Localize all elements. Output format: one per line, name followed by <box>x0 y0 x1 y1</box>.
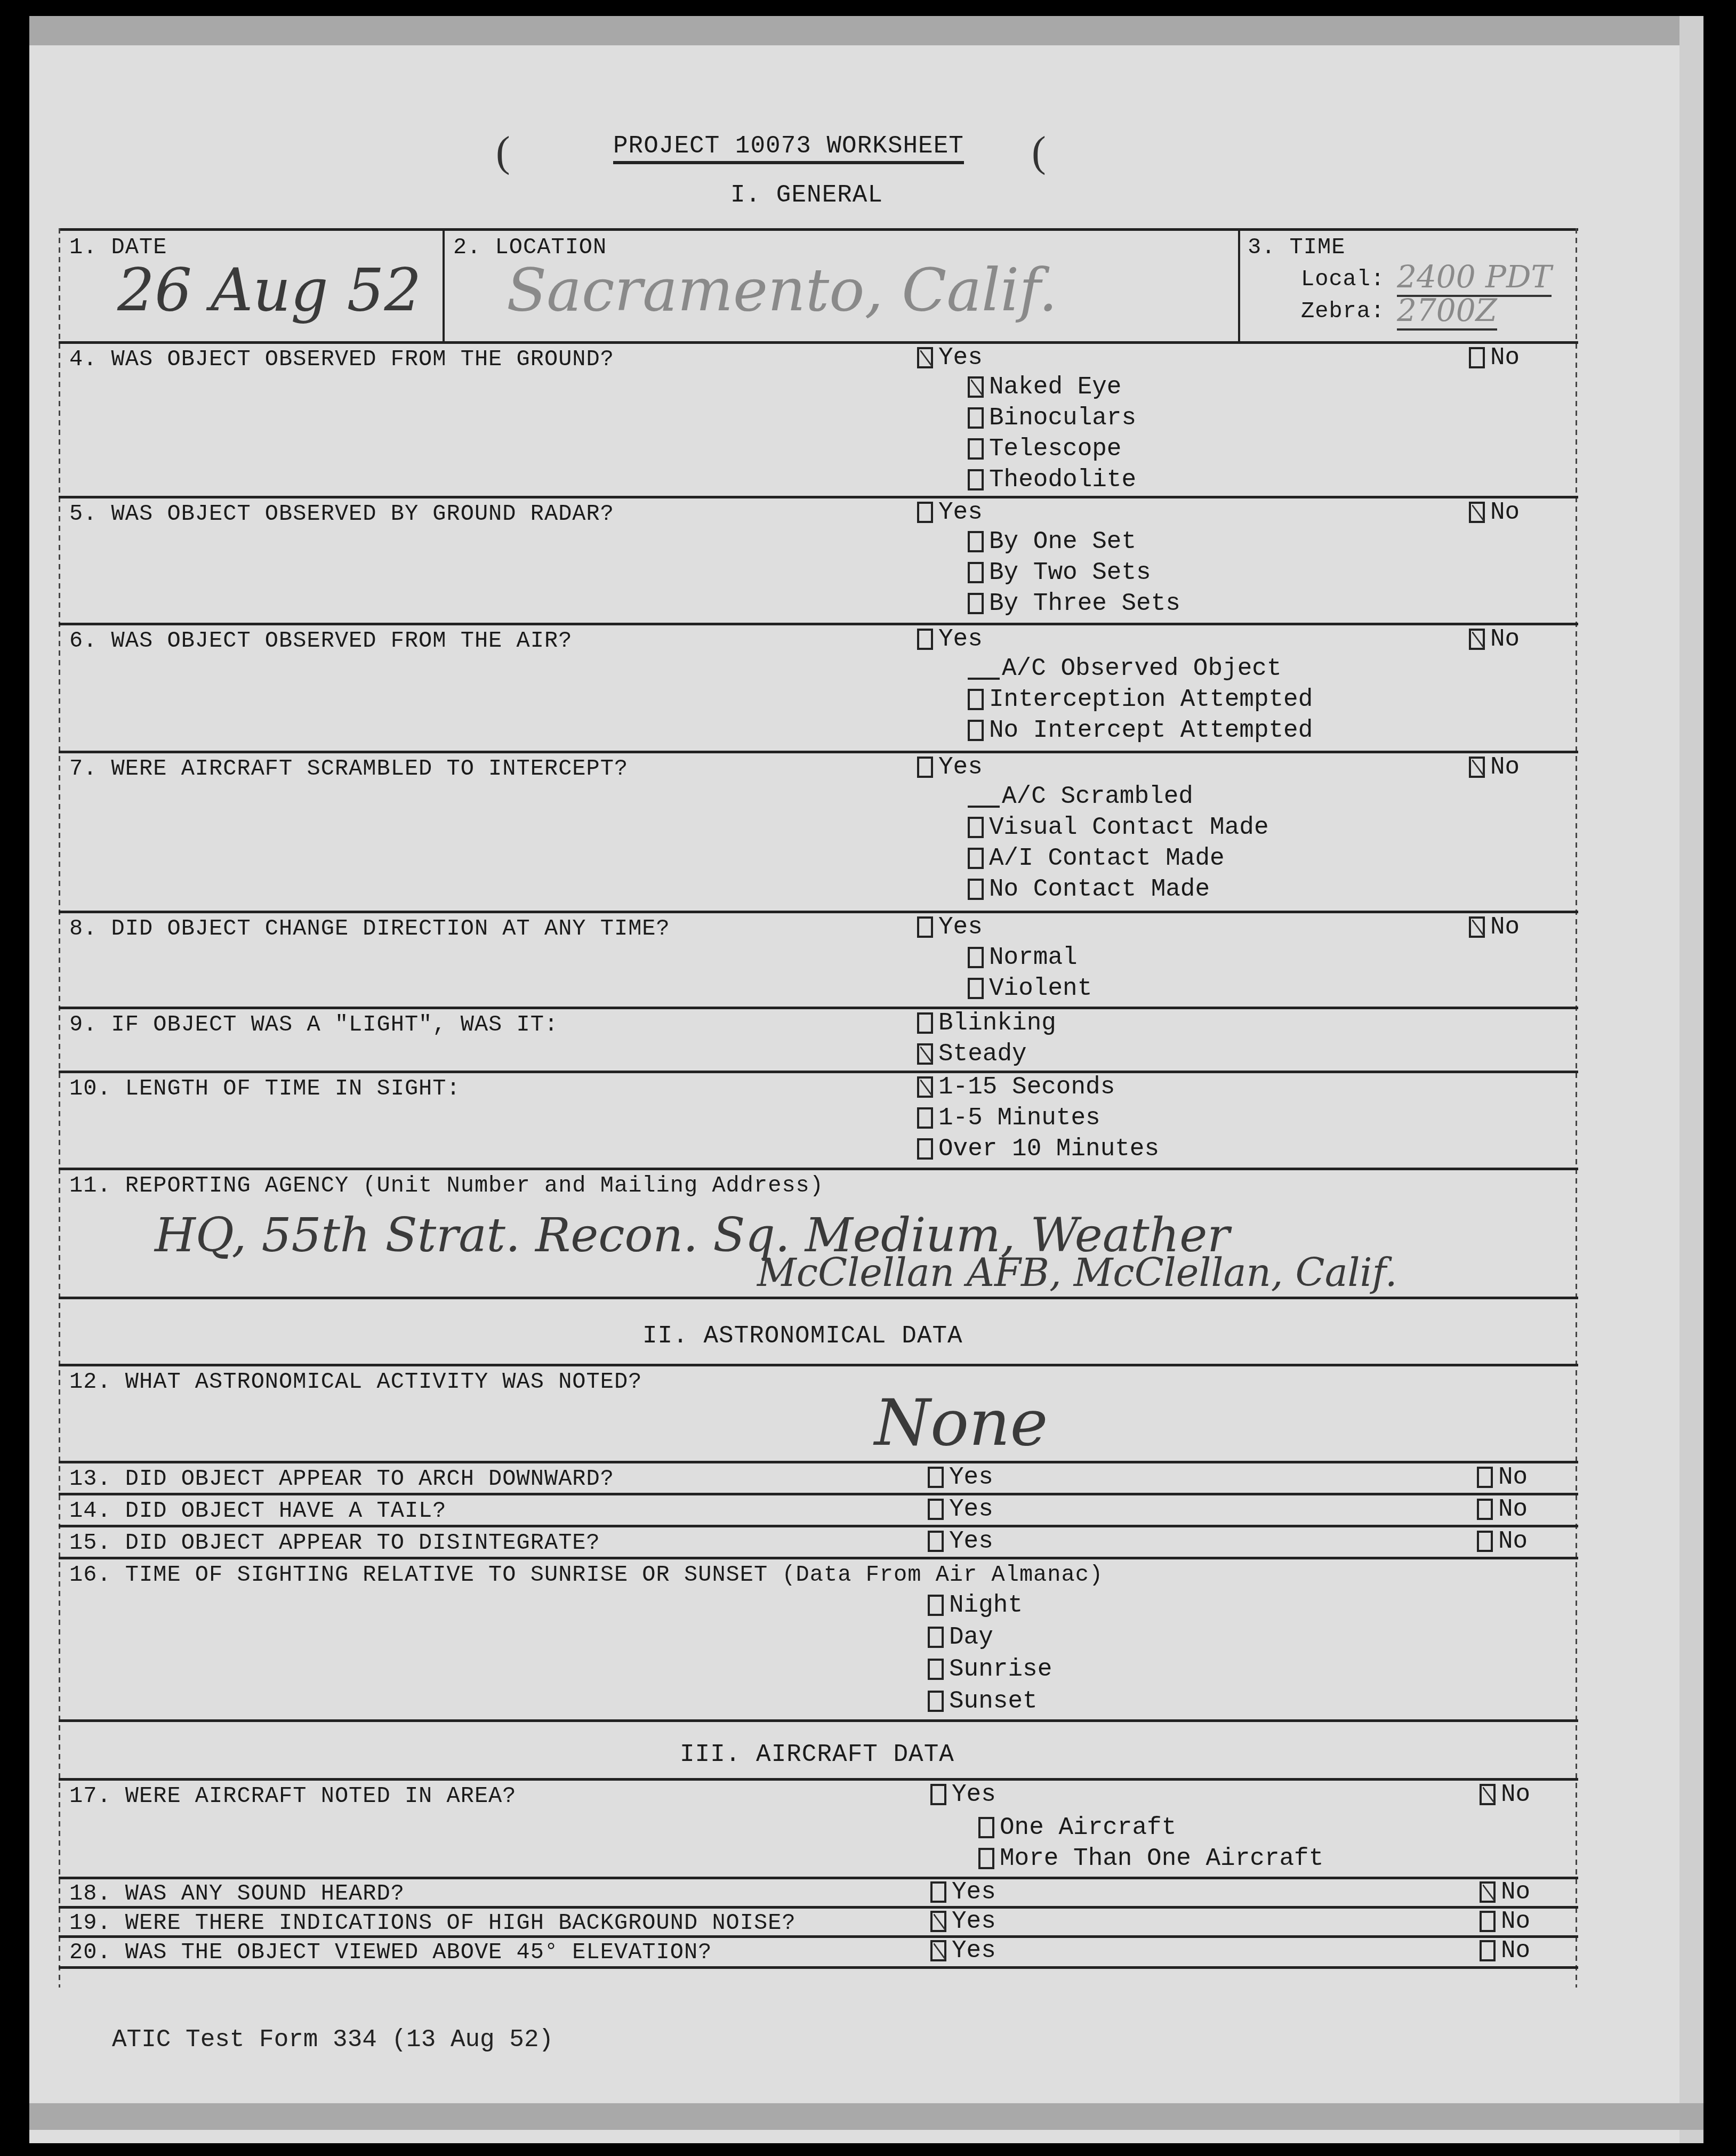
time-local-label: Local: <box>1301 267 1385 292</box>
q13-no-option[interactable]: No <box>1477 1463 1528 1491</box>
q10-seconds-label: 1-15 Seconds <box>938 1073 1115 1101</box>
q4-telescope-checkbox[interactable] <box>968 438 984 460</box>
q17-more-aircraft-option[interactable]: More Than One Aircraft <box>978 1845 1323 1872</box>
q6-yes-checkbox[interactable] <box>917 629 933 650</box>
q5-no-option[interactable]: No <box>1469 498 1520 526</box>
q8-violent-checkbox[interactable] <box>968 978 984 999</box>
q9-blinking-label: Blinking <box>938 1009 1056 1037</box>
q6-no-label: No <box>1490 625 1520 653</box>
q9-label: 9. IF OBJECT WAS A "LIGHT", WAS IT: <box>69 1012 558 1037</box>
q20-yes-checkbox[interactable] <box>930 1940 946 1961</box>
divider <box>59 1461 1578 1463</box>
q8-normal-checkbox[interactable] <box>968 947 984 968</box>
q5-three-sets-checkbox[interactable] <box>968 593 984 614</box>
q13-no-checkbox[interactable] <box>1477 1467 1493 1488</box>
q5-one-set-option[interactable]: By One Set <box>968 528 1136 556</box>
q9-blinking-checkbox[interactable] <box>917 1012 933 1034</box>
q17-yes-option[interactable]: Yes <box>930 1781 996 1808</box>
q14-yes-label: Yes <box>949 1495 993 1523</box>
q7-label: 7. WERE AIRCRAFT SCRAMBLED TO INTERCEPT? <box>69 756 628 782</box>
divider <box>59 1906 1578 1909</box>
q20-label: 20. WAS THE OBJECT VIEWED ABOVE 45° ELEV… <box>69 1940 712 1965</box>
q4-telescope-label: Telescope <box>989 435 1121 463</box>
q16-sunset-checkbox[interactable] <box>928 1691 944 1712</box>
divider <box>59 1364 1578 1366</box>
q15-no-label: No <box>1498 1527 1528 1555</box>
q17-no-option[interactable]: No <box>1480 1781 1530 1808</box>
time-label: 3. TIME <box>1248 235 1345 260</box>
divider <box>443 228 445 343</box>
time-zebra-label: Zebra: <box>1301 299 1385 324</box>
q6-no-intercept-label: No Intercept Attempted <box>989 717 1313 744</box>
q16-night-checkbox[interactable] <box>928 1595 944 1616</box>
q18-no-checkbox[interactable] <box>1480 1881 1496 1903</box>
q19-no-checkbox[interactable] <box>1480 1911 1496 1932</box>
q20-no-option[interactable]: No <box>1480 1937 1530 1965</box>
punch-hole-mark-left: ( <box>496 128 510 176</box>
q7-ai-contact-checkbox[interactable] <box>968 848 984 869</box>
q8-violent-option[interactable]: Violent <box>968 975 1092 1002</box>
q15-yes-label: Yes <box>949 1527 993 1555</box>
q19-no-label: No <box>1501 1908 1530 1935</box>
q8-yes-checkbox[interactable] <box>917 916 933 938</box>
q7-ac-scrambled-label: A/C Scrambled <box>1002 783 1193 810</box>
q6-yes-option[interactable]: Yes <box>917 625 983 653</box>
q6-no-checkbox[interactable] <box>1469 629 1485 650</box>
q4-theodolite-checkbox[interactable] <box>968 469 984 490</box>
location-value[interactable]: Sacramento, Calif. <box>507 256 1057 324</box>
divider <box>59 1525 1578 1527</box>
q8-violent-label: Violent <box>989 975 1092 1002</box>
divider <box>59 1877 1578 1879</box>
section-general-heading: I. GENERAL <box>730 181 883 209</box>
q7-yes-checkbox[interactable] <box>917 757 933 778</box>
q4-theodolite-option[interactable]: Theodolite <box>968 466 1136 494</box>
q5-no-label: No <box>1490 498 1520 526</box>
q13-yes-label: Yes <box>949 1463 993 1491</box>
q5-yes-option[interactable]: Yes <box>917 498 983 526</box>
form-footer: ATIC Test Form 334 (13 Aug 52) <box>112 2026 553 2054</box>
q4-naked-eye-option[interactable]: Naked Eye <box>968 373 1121 401</box>
q20-yes-label: Yes <box>952 1937 996 1965</box>
q16-sunset-option[interactable]: Sunset <box>928 1687 1038 1715</box>
q5-yes-label: Yes <box>938 498 983 526</box>
worksheet-form: ( PROJECT 10073 WORKSHEET ( I. GENERAL 1… <box>0 0 1736 2156</box>
q7-no-contact-label: No Contact Made <box>989 875 1210 903</box>
q10-label: 10. LENGTH OF TIME IN SIGHT: <box>69 1076 461 1101</box>
q6-interception-option[interactable]: Interception Attempted <box>968 686 1313 713</box>
divider <box>59 341 1578 344</box>
q14-yes-option[interactable]: Yes <box>928 1495 993 1523</box>
q10-over-option[interactable]: Over 10 Minutes <box>917 1135 1159 1163</box>
q14-no-option[interactable]: No <box>1477 1495 1528 1523</box>
divider <box>1238 228 1240 343</box>
q7-yes-option[interactable]: Yes <box>917 753 983 781</box>
q5-yes-checkbox[interactable] <box>917 502 933 523</box>
q4-label: 4. WAS OBJECT OBSERVED FROM THE GROUND? <box>69 347 614 372</box>
q5-two-sets-checkbox[interactable] <box>968 562 984 583</box>
divider <box>59 1168 1578 1170</box>
q13-yes-checkbox[interactable] <box>928 1467 944 1488</box>
time-zebra-value[interactable]: 2700Z <box>1397 292 1497 331</box>
q14-no-checkbox[interactable] <box>1477 1499 1493 1520</box>
q8-yes-label: Yes <box>938 913 983 941</box>
q4-telescope-option[interactable]: Telescope <box>968 435 1121 463</box>
q13-yes-option[interactable]: Yes <box>928 1463 993 1491</box>
q8-no-option[interactable]: No <box>1469 913 1520 941</box>
q17-no-checkbox[interactable] <box>1480 1784 1496 1805</box>
divider <box>59 911 1578 913</box>
q13-label: 13. DID OBJECT APPEAR TO ARCH DOWNWARD? <box>69 1466 614 1492</box>
q19-label: 19. WERE THERE INDICATIONS OF HIGH BACKG… <box>69 1910 796 1936</box>
q7-yes-label: Yes <box>938 753 983 781</box>
divider <box>59 1557 1578 1559</box>
q10-seconds-option[interactable]: 1-15 Seconds <box>917 1073 1115 1101</box>
q16-night-option[interactable]: Night <box>928 1591 1023 1619</box>
q18-yes-checkbox[interactable] <box>930 1881 946 1903</box>
q15-yes-option[interactable]: Yes <box>928 1527 993 1555</box>
q17-label: 17. WERE AIRCRAFT NOTED IN AREA? <box>69 1783 517 1809</box>
q16-sunrise-checkbox[interactable] <box>928 1659 944 1680</box>
q15-no-checkbox[interactable] <box>1477 1531 1493 1552</box>
q15-label: 15. DID OBJECT APPEAR TO DISINTEGRATE? <box>69 1530 600 1556</box>
divider <box>59 228 1578 231</box>
q5-three-sets-label: By Three Sets <box>989 590 1180 617</box>
q10-minutes-option[interactable]: 1-5 Minutes <box>917 1104 1100 1132</box>
q16-day-label: Day <box>949 1623 993 1651</box>
q17-yes-checkbox[interactable] <box>930 1784 946 1805</box>
q17-no-label: No <box>1501 1781 1530 1808</box>
section-aircraft-heading: III. AIRCRAFT DATA <box>680 1741 954 1768</box>
q6-interception-label: Interception Attempted <box>989 686 1313 713</box>
q4-naked-eye-checkbox[interactable] <box>968 376 984 398</box>
q7-visual-contact-checkbox[interactable] <box>968 817 984 838</box>
q7-no-label: No <box>1490 753 1520 781</box>
q16-day-checkbox[interactable] <box>928 1627 944 1648</box>
q16-night-label: Night <box>949 1591 1023 1619</box>
q10-seconds-checkbox[interactable] <box>917 1076 933 1098</box>
divider <box>59 1778 1578 1781</box>
q18-no-option[interactable]: No <box>1480 1878 1530 1906</box>
q12-value[interactable]: None <box>874 1386 1048 1460</box>
document-title: PROJECT 10073 WORKSHEET <box>613 132 964 164</box>
q4-yes-label: Yes <box>938 344 983 372</box>
q7-no-contact-option[interactable]: No Contact Made <box>968 875 1210 903</box>
divider <box>59 751 1578 753</box>
q5-three-sets-option[interactable]: By Three Sets <box>968 590 1180 617</box>
q7-ac-scrambled-blank[interactable] <box>968 785 1000 808</box>
form-right-border <box>1576 228 1577 1988</box>
q10-over-label: Over 10 Minutes <box>938 1135 1159 1163</box>
q6-label: 6. WAS OBJECT OBSERVED FROM THE AIR? <box>69 628 572 654</box>
q10-minutes-checkbox[interactable] <box>917 1107 933 1129</box>
q20-no-checkbox[interactable] <box>1480 1940 1496 1961</box>
q7-no-option[interactable]: No <box>1469 753 1520 781</box>
q20-no-label: No <box>1501 1937 1530 1965</box>
q4-yes-checkbox[interactable] <box>917 347 933 368</box>
q4-no-label: No <box>1490 344 1520 372</box>
q4-no-checkbox[interactable] <box>1469 347 1485 368</box>
q16-label: 16. TIME OF SIGHTING RELATIVE TO SUNRISE… <box>69 1562 1103 1588</box>
q17-yes-label: Yes <box>952 1781 996 1808</box>
q8-normal-option[interactable]: Normal <box>968 944 1078 971</box>
form-left-border <box>59 228 60 1988</box>
q16-sunrise-label: Sunrise <box>949 1655 1052 1683</box>
q12-label: 12. WHAT ASTRONOMICAL ACTIVITY WAS NOTED… <box>69 1369 642 1395</box>
q16-day-option[interactable]: Day <box>928 1623 993 1651</box>
time-local-value[interactable]: 2400 PDT <box>1397 259 1552 297</box>
q16-sunrise-option[interactable]: Sunrise <box>928 1655 1052 1683</box>
q9-blinking-option[interactable]: Blinking <box>917 1009 1056 1037</box>
q5-label: 5. WAS OBJECT OBSERVED BY GROUND RADAR? <box>69 501 614 527</box>
q7-ai-contact-label: A/I Contact Made <box>989 844 1225 872</box>
q18-yes-option[interactable]: Yes <box>930 1878 996 1906</box>
q4-binoculars-checkbox[interactable] <box>968 407 984 429</box>
q19-no-option[interactable]: No <box>1480 1908 1530 1935</box>
q5-two-sets-label: By Two Sets <box>989 559 1151 586</box>
q8-label: 8. DID OBJECT CHANGE DIRECTION AT ANY TI… <box>69 916 670 942</box>
divider <box>59 1966 1578 1969</box>
q17-more-aircraft-checkbox[interactable] <box>978 1848 994 1869</box>
q17-one-aircraft-option[interactable]: One Aircraft <box>978 1814 1176 1841</box>
q18-yes-label: Yes <box>952 1878 996 1906</box>
q11-value-line2[interactable]: McClellan AFB, McClellan, Calif. <box>757 1250 1397 1295</box>
q10-minutes-label: 1-5 Minutes <box>938 1104 1100 1132</box>
q6-ac-observed-label: A/C Observed Object <box>1002 655 1282 682</box>
section-astronomical-heading: II. ASTRONOMICAL DATA <box>642 1322 963 1350</box>
q9-steady-option[interactable]: Steady <box>917 1040 1027 1068</box>
q11-label: 11. REPORTING AGENCY (Unit Number and Ma… <box>69 1173 824 1198</box>
q7-ac-scrambled-option[interactable]: A/C Scrambled <box>968 783 1193 810</box>
q19-yes-option[interactable]: Yes <box>930 1908 996 1935</box>
q8-no-label: No <box>1490 913 1520 941</box>
q8-no-checkbox[interactable] <box>1469 916 1485 938</box>
q8-normal-label: Normal <box>989 944 1078 971</box>
q9-steady-checkbox[interactable] <box>917 1043 933 1065</box>
q4-naked-eye-label: Naked Eye <box>989 373 1121 401</box>
q15-no-option[interactable]: No <box>1477 1527 1528 1555</box>
punch-hole-mark-right: ( <box>1032 128 1046 176</box>
divider <box>59 1071 1578 1073</box>
q14-yes-checkbox[interactable] <box>928 1499 944 1520</box>
q18-label: 18. WAS ANY SOUND HEARD? <box>69 1881 405 1906</box>
q16-sunset-label: Sunset <box>949 1687 1038 1715</box>
q17-more-aircraft-label: More Than One Aircraft <box>1000 1845 1323 1872</box>
q6-ac-observed-option[interactable]: A/C Observed Object <box>968 655 1282 682</box>
divider <box>59 1007 1578 1009</box>
divider <box>59 1935 1578 1938</box>
divider <box>59 623 1578 625</box>
q14-label: 14. DID OBJECT HAVE A TAIL? <box>69 1498 447 1524</box>
q8-yes-option[interactable]: Yes <box>917 913 983 941</box>
q18-no-label: No <box>1501 1878 1530 1906</box>
q4-binoculars-label: Binoculars <box>989 404 1136 432</box>
q7-ai-contact-option[interactable]: A/I Contact Made <box>968 844 1225 872</box>
divider <box>59 496 1578 498</box>
q5-two-sets-option[interactable]: By Two Sets <box>968 559 1151 586</box>
q17-one-aircraft-label: One Aircraft <box>1000 1814 1176 1841</box>
q4-no-option[interactable]: No <box>1469 344 1520 372</box>
divider <box>59 1493 1578 1495</box>
q6-ac-observed-blank[interactable] <box>968 657 1000 680</box>
q6-no-option[interactable]: No <box>1469 625 1520 653</box>
q14-no-label: No <box>1498 1495 1528 1523</box>
q9-steady-label: Steady <box>938 1040 1027 1068</box>
q7-no-contact-checkbox[interactable] <box>968 879 984 900</box>
q4-theodolite-label: Theodolite <box>989 466 1136 494</box>
divider <box>59 1719 1578 1722</box>
q15-yes-checkbox[interactable] <box>928 1531 944 1552</box>
q4-binoculars-option[interactable]: Binoculars <box>968 404 1136 432</box>
q5-one-set-checkbox[interactable] <box>968 531 984 552</box>
q4-yes-option[interactable]: Yes <box>917 344 983 372</box>
q6-interception-checkbox[interactable] <box>968 689 984 710</box>
divider <box>59 1297 1578 1299</box>
q13-no-label: No <box>1498 1463 1528 1491</box>
q10-over-checkbox[interactable] <box>917 1138 933 1160</box>
q5-one-set-label: By One Set <box>989 528 1136 556</box>
q17-one-aircraft-checkbox[interactable] <box>978 1817 994 1838</box>
q19-yes-checkbox[interactable] <box>930 1911 946 1932</box>
q20-yes-option[interactable]: Yes <box>930 1937 996 1965</box>
q7-visual-contact-option[interactable]: Visual Contact Made <box>968 814 1269 841</box>
q7-visual-contact-label: Visual Contact Made <box>989 814 1269 841</box>
q5-no-checkbox[interactable] <box>1469 502 1485 523</box>
q6-no-intercept-checkbox[interactable] <box>968 720 984 741</box>
date-value[interactable]: 26 Aug 52 <box>117 256 422 324</box>
q6-yes-label: Yes <box>938 625 983 653</box>
q7-no-checkbox[interactable] <box>1469 757 1485 778</box>
q6-no-intercept-option[interactable]: No Intercept Attempted <box>968 717 1313 744</box>
q19-yes-label: Yes <box>952 1908 996 1935</box>
